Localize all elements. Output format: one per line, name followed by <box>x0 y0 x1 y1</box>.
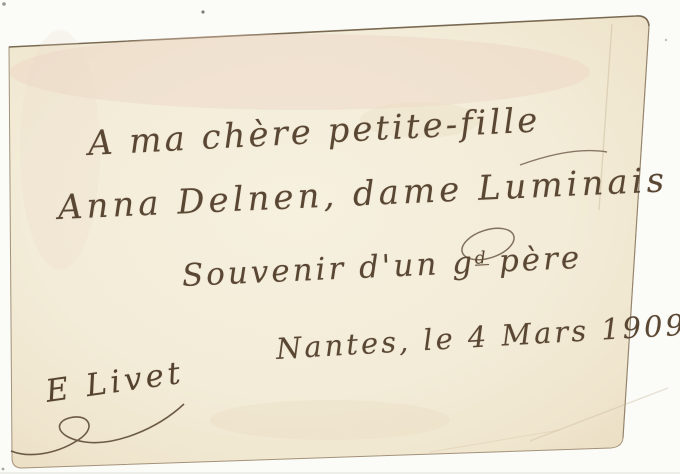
souvenir-superscript: d <box>474 248 489 269</box>
scan-background: A ma chère petite-fille Anna Delnen, dam… <box>0 0 680 474</box>
paper-pink-tint <box>10 34 590 110</box>
dust-speck <box>2 468 5 471</box>
dust-speck <box>201 10 204 13</box>
dust-speck <box>665 39 667 41</box>
souvenir-suffix: père <box>498 240 583 280</box>
dust-speck <box>2 2 6 6</box>
card-graphic <box>0 0 680 474</box>
paper-stain-bottom <box>210 400 450 440</box>
